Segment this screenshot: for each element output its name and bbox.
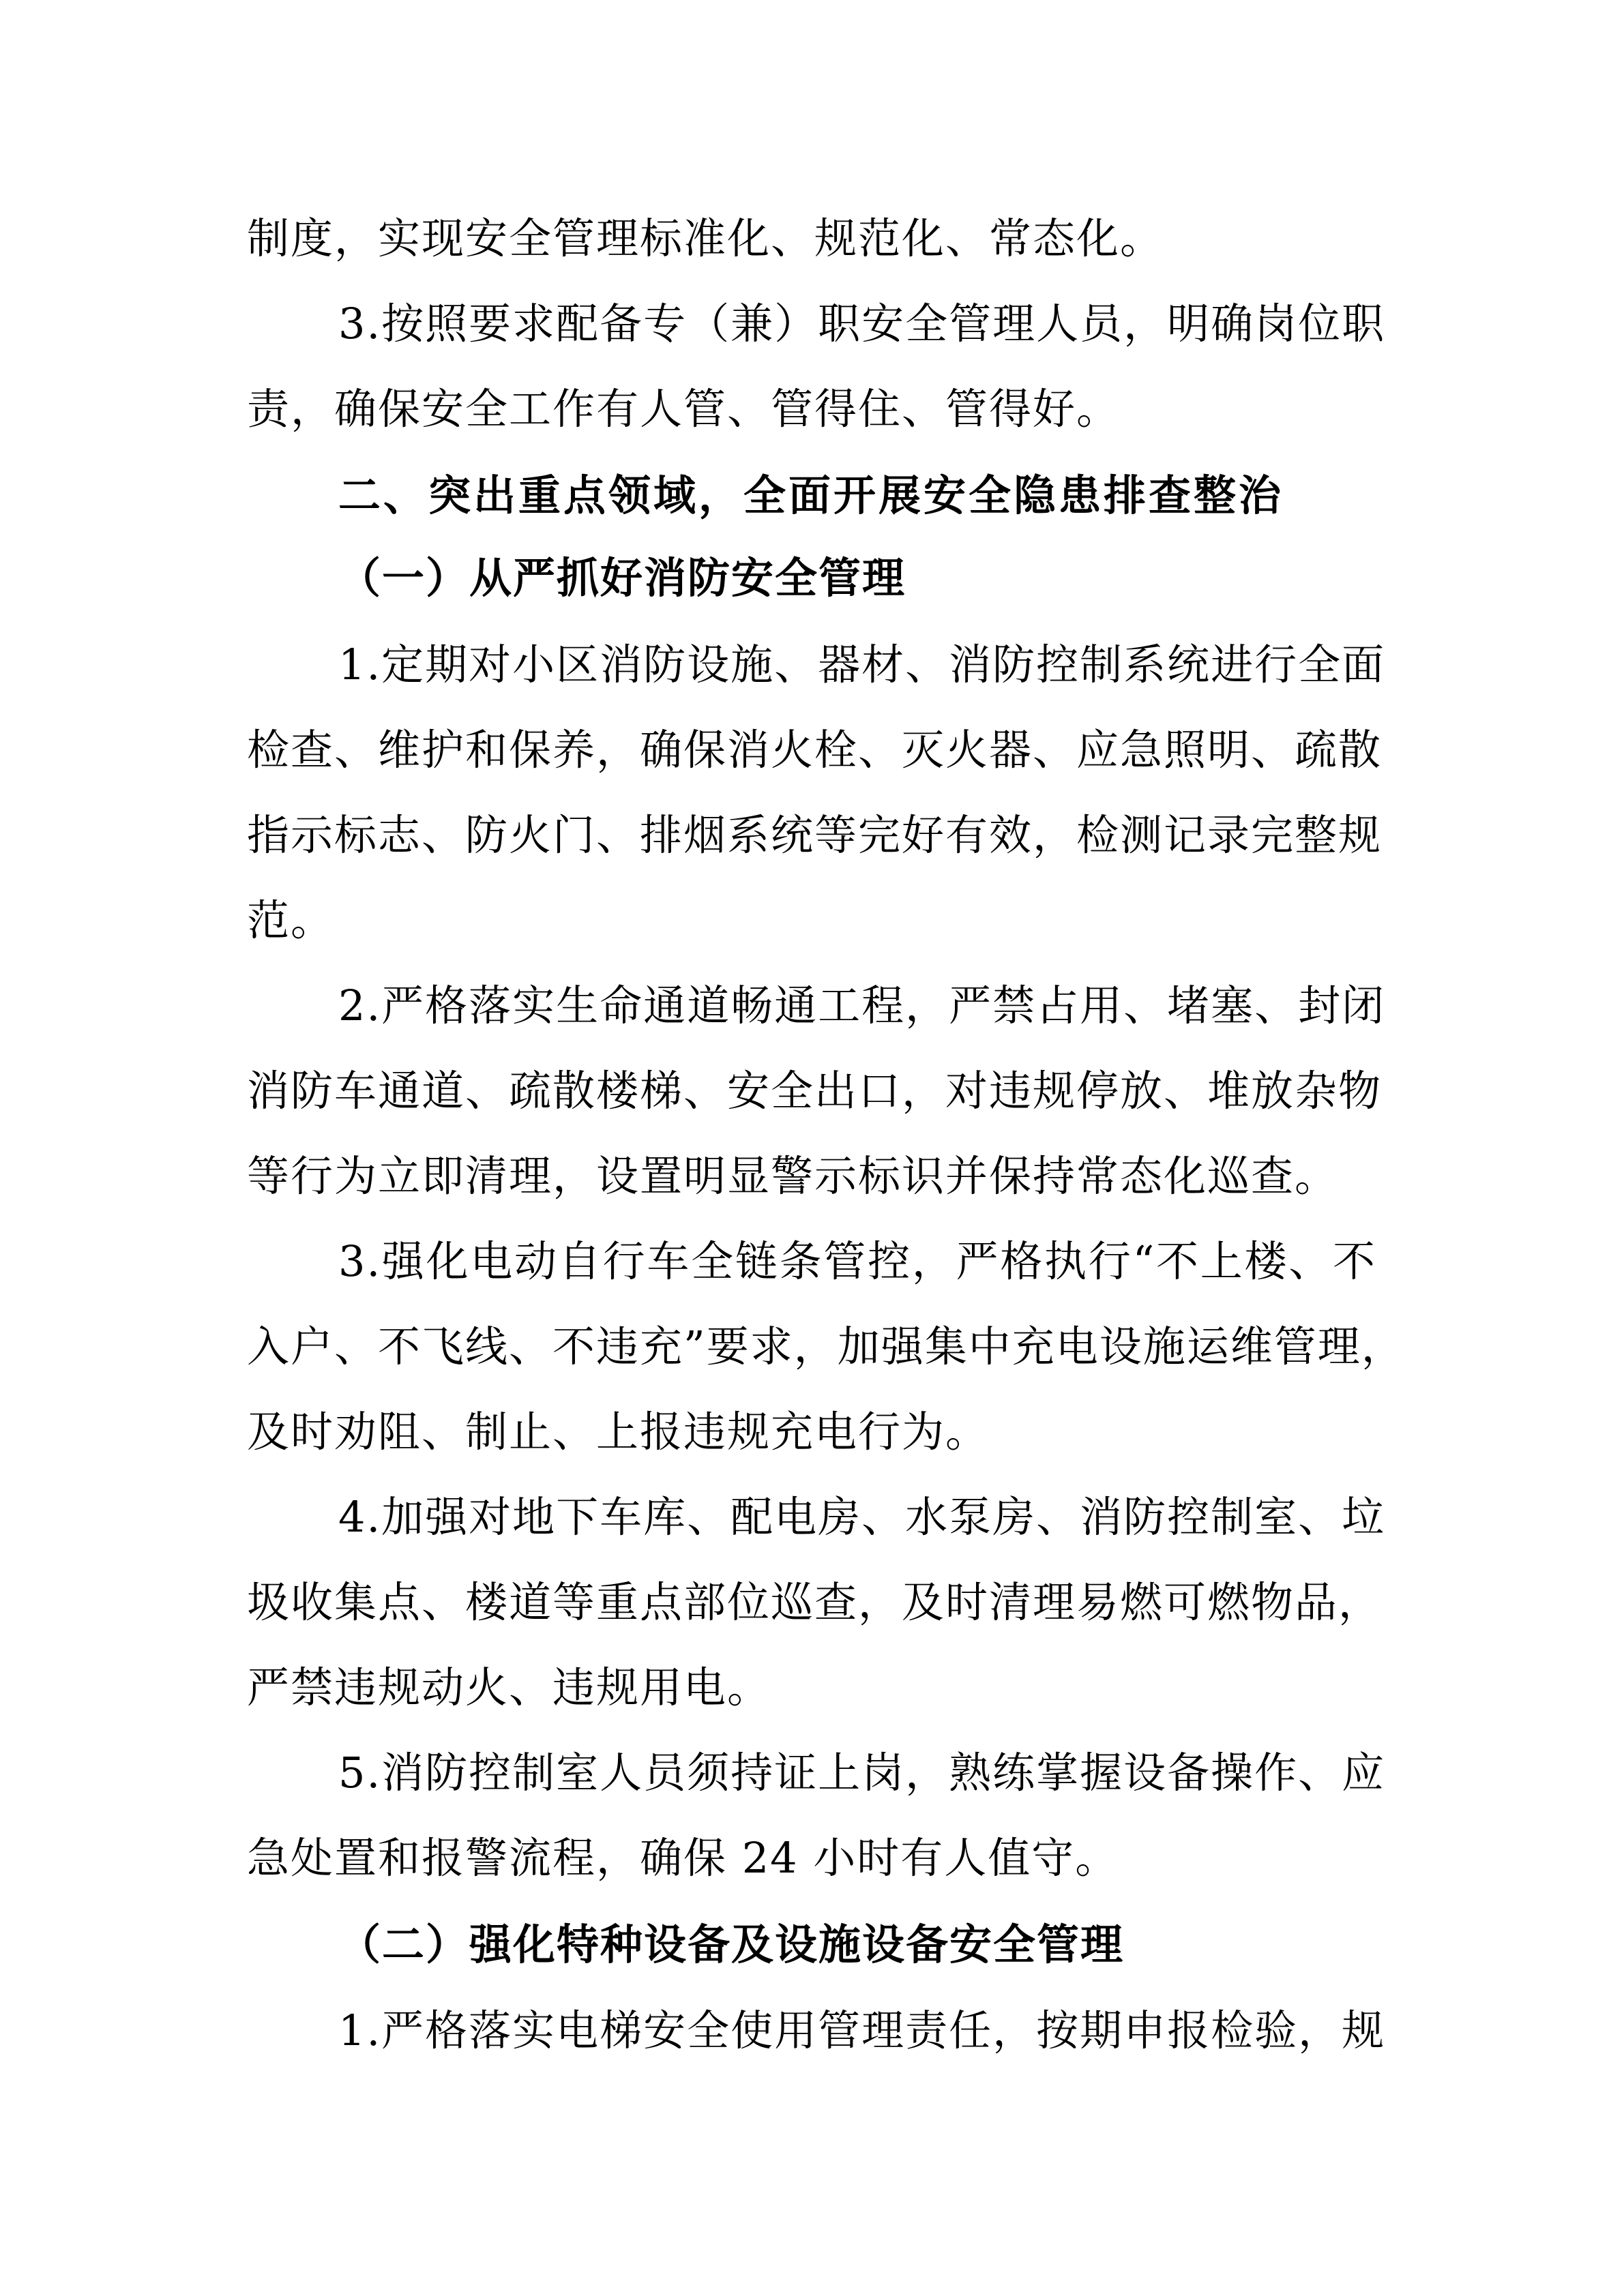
subsection-heading: （二）强化特种设备及设施设备安全管理 <box>247 1918 1376 1972</box>
paragraph-line: 检查、维护和保养，确保消火栓、灭火器、应急照明、疏散 <box>247 723 1376 777</box>
list-item-line: 5.消防控制室人员须持证上岗，熟练掌握设备操作、应 <box>247 1746 1376 1800</box>
list-item-line: 4.加强对地下车库、配电房、水泵房、消防控制室、垃 <box>247 1490 1376 1545</box>
paragraph-line: 急处置和报警流程，确保 24 小时有人值守。 <box>247 1831 1376 1885</box>
paragraph-line: 入户、不飞线、不违充”要求，加强集中充电设施运维管理， <box>247 1320 1376 1374</box>
paragraph-line: 消防车通道、疏散楼梯、安全出口，对违规停放、堆放杂物 <box>247 1064 1376 1118</box>
paragraph-line: 严禁违规动火、违规用电。 <box>247 1660 1376 1715</box>
list-item-line: 1.定期对小区消防设施、器材、消防控制系统进行全面 <box>247 638 1376 692</box>
document-page: 制度，实现安全管理标准化、规范化、常态化。 3.按照要求配备专（兼）职安全管理人… <box>0 0 1624 2296</box>
paragraph-line: 责，确保安全工作有人管、管得住、管得好。 <box>247 382 1376 436</box>
paragraph-line: 及时劝阻、制止、上报违规充电行为。 <box>247 1405 1376 1459</box>
paragraph-line: 等行为立即清理，设置明显警示标识并保持常态化巡查。 <box>247 1149 1376 1204</box>
list-item-line: 3.按照要求配备专（兼）职安全管理人员，明确岗位职 <box>247 297 1376 351</box>
list-item-line: 1.严格落实电梯安全使用管理责任，按期申报检验，规 <box>247 2003 1376 2058</box>
list-item-line: 3.强化电动自行车全链条管控，严格执行“不上楼、不 <box>247 1234 1376 1289</box>
paragraph-line: 指示标志、防火门、排烟系统等完好有效，检测记录完整规 <box>247 808 1376 863</box>
paragraph-line: 圾收集点、楼道等重点部位巡查，及时清理易燃可燃物品， <box>247 1575 1376 1630</box>
paragraph-line: 范。 <box>247 893 1376 948</box>
subsection-heading: （一）从严抓好消防安全管理 <box>247 551 1376 606</box>
paragraph-line: 制度，实现安全管理标准化、规范化、常态化。 <box>247 211 1376 266</box>
list-item-line: 2.严格落实生命通道畅通工程，严禁占用、堵塞、封闭 <box>247 979 1376 1033</box>
section-heading: 二、突出重点领域，全面开展安全隐患排查整治 <box>247 468 1376 523</box>
